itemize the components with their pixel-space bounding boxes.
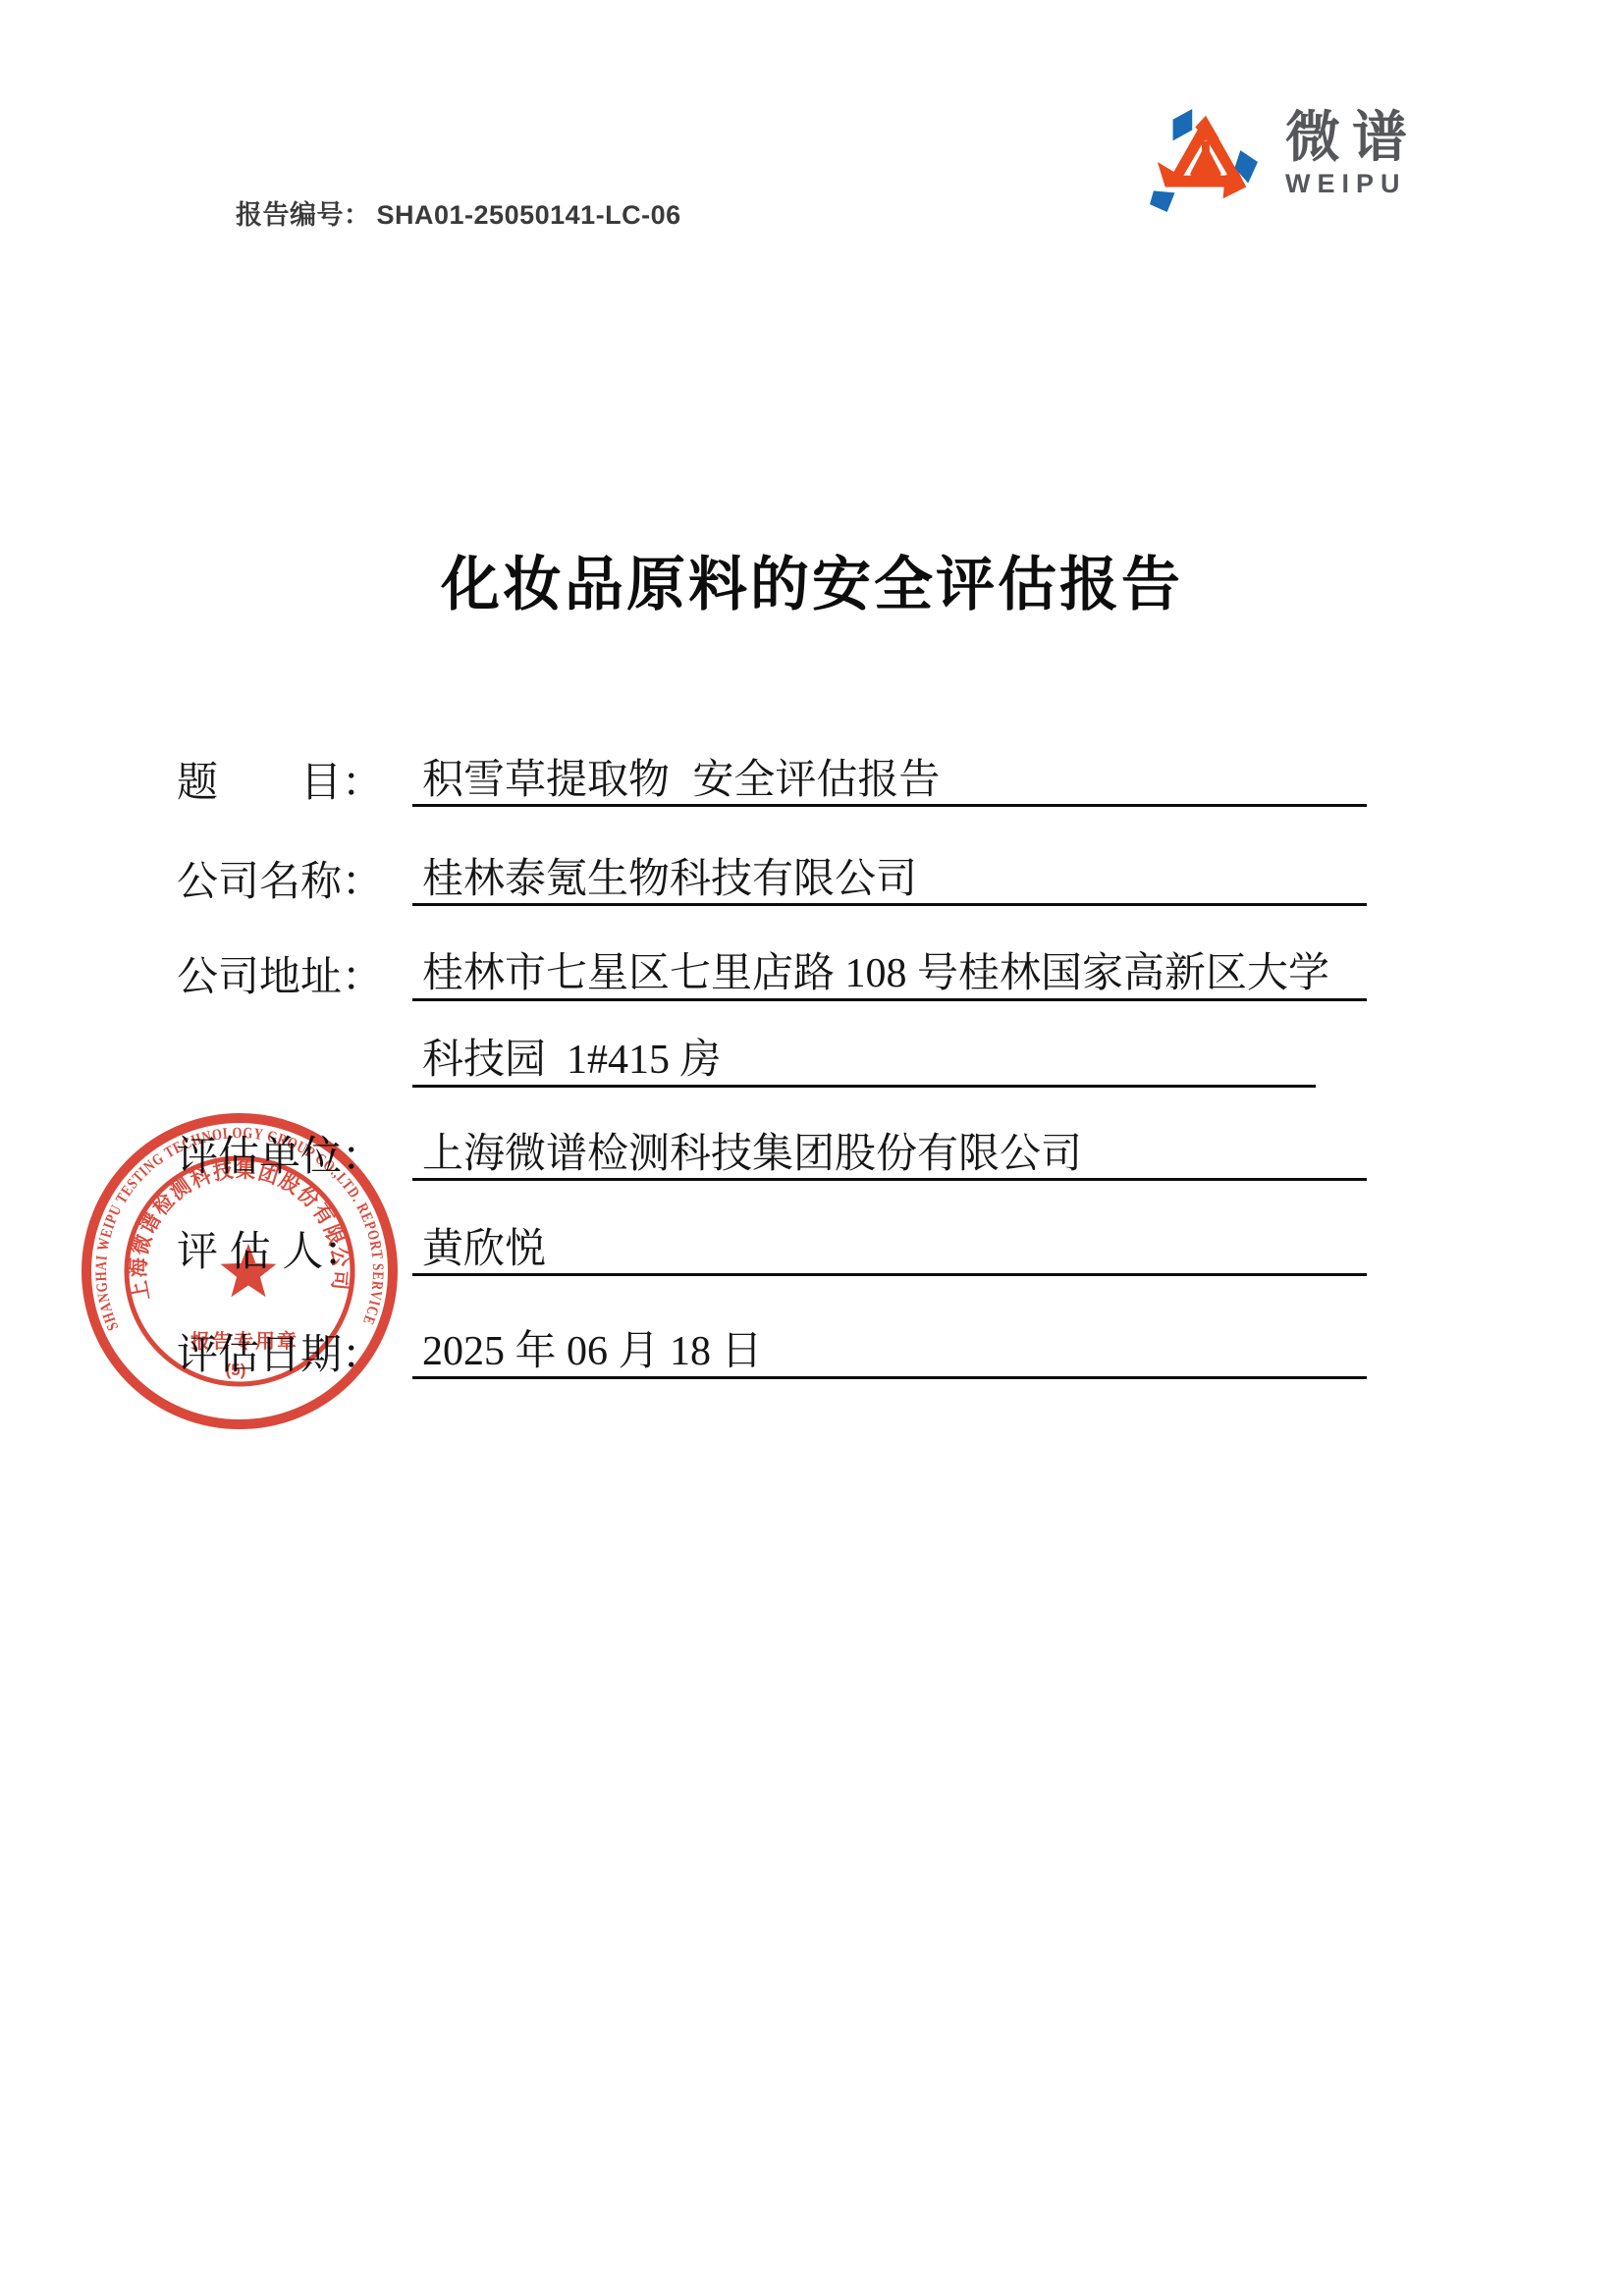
company-name-value: 桂林泰氪生物科技有限公司	[412, 854, 1367, 906]
assessor-org-value: 上海微谱检测科技集团股份有限公司	[412, 1129, 1367, 1181]
weipu-logo: 微谱 WEIPU	[1146, 106, 1419, 214]
form-row-company-address-line2: 科技园 1#415 房	[412, 1036, 1316, 1088]
weipu-logo-icon	[1146, 106, 1262, 214]
form-row-assessor-org: 评估单位： 上海微谱检测科技集团股份有限公司	[177, 1129, 1367, 1181]
report-number-label: 报告编号：	[236, 200, 371, 230]
assessor-org-label: 评估单位：	[177, 1132, 412, 1181]
page-title: 化妆品原料的安全评估报告	[0, 538, 1624, 622]
logo-diamond-top-left	[1173, 109, 1193, 140]
report-cover-page: 报告编号：SHA01-25050141-LC-06 微谱 WEIPU 化妆品原料…	[0, 0, 1624, 2296]
form-row-subject: 题 目： 积雪草提取物 安全评估报告	[177, 755, 1367, 807]
logo-name-cn: 微谱	[1285, 108, 1419, 167]
logo-text: 微谱 WEIPU	[1285, 108, 1419, 198]
report-number: 报告编号：SHA01-25050141-LC-06	[204, 163, 681, 262]
report-number-value: SHA01-25050141-LC-06	[377, 200, 681, 230]
form-row-assessment-date: 评估日期： 2025 年 06 月 18 日	[177, 1327, 1367, 1379]
assessment-date-value: 2025 年 06 月 18 日	[412, 1327, 1367, 1379]
form-row-assessor-person: 评 估 人： 黄欣悦	[177, 1224, 1367, 1276]
form-row-company-name: 公司名称： 桂林泰氪生物科技有限公司	[177, 854, 1367, 906]
company-address-value-line1: 桂林市七星区七里店路 108 号桂林国家高新区大学	[412, 949, 1367, 1001]
assessment-date-label: 评估日期：	[177, 1330, 412, 1379]
assessor-person-value: 黄欣悦	[412, 1224, 1367, 1276]
subject-value: 积雪草提取物 安全评估报告	[412, 755, 1367, 807]
form-row-company-address: 公司地址： 桂林市七星区七里店路 108 号桂林国家高新区大学	[177, 949, 1367, 1001]
logo-name-en: WEIPU	[1285, 169, 1419, 198]
logo-diamond-bottom-left	[1150, 190, 1175, 212]
logo-tip-left	[1158, 162, 1177, 187]
company-address-label: 公司地址：	[177, 952, 412, 1001]
assessor-person-label: 评 估 人：	[177, 1227, 412, 1276]
company-address-value-line2: 科技园 1#415 房	[412, 1036, 1316, 1088]
company-name-label: 公司名称：	[177, 857, 412, 906]
subject-label: 题 目：	[177, 758, 412, 807]
